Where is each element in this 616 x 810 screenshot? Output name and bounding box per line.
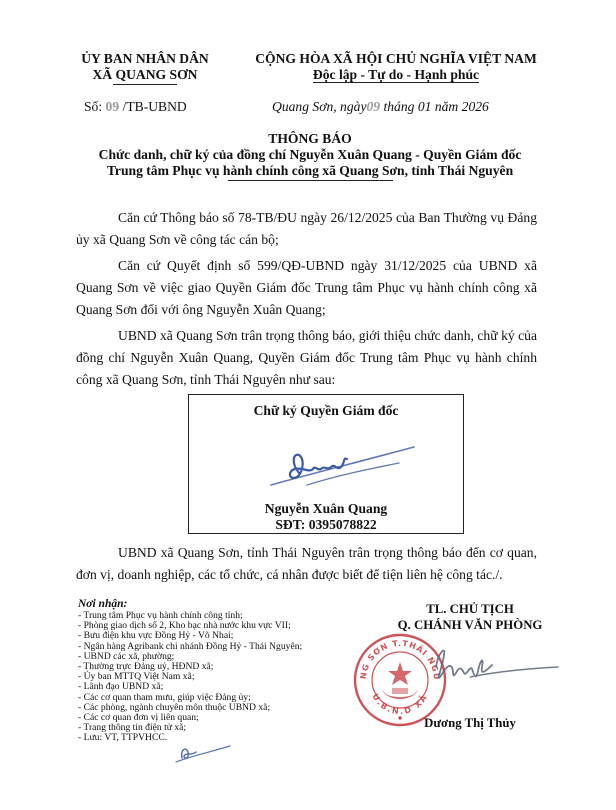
signature-box-name: Nguyễn Xuân Quang [189, 501, 463, 517]
title-line1: Chức danh, chữ ký của đồng chí Nguyễn Xu… [60, 147, 560, 163]
signer-signature-icon [430, 641, 560, 691]
signer-title2: Q. CHÁNH VĂN PHÒNG [380, 617, 560, 633]
nation-block: CỘNG HÒA XÃ HỘI CHỦ NGHĨA VIỆT NAM Độc l… [236, 51, 556, 83]
paragraph-basis-2: Căn cứ Quyết định số 599/QĐ-UBND ngày 31… [76, 255, 537, 321]
signer-title1: TL. CHỦ TỊCH [380, 601, 560, 617]
agency-line2: XÃ QUANG SƠN [60, 67, 230, 83]
date-day: 09 [366, 99, 380, 114]
signature-box-phone: SĐT: 0395078822 [189, 517, 463, 533]
agency-underline [113, 84, 177, 85]
doc-number-suffix: /TB-UBND [123, 99, 187, 114]
doc-number-value: 09 [106, 99, 120, 114]
nation-title: CỘNG HÒA XÃ HỘI CHỦ NGHĨA VIỆT NAM [236, 51, 556, 67]
paragraph-basis-1: Căn cứ Thông báo số 78-TB/ĐU ngày 26/12/… [76, 207, 537, 251]
body-paragraphs: Căn cứ Thông báo số 78-TB/ĐU ngày 26/12/… [76, 207, 537, 391]
motto: Độc lập - Tự do - Hạnh phúc [313, 67, 479, 83]
closing-text: UBND xã Quang Sơn, tỉnh Thái Nguyên trân… [76, 542, 537, 586]
agency-line1: ỦY BAN NHÂN DÂN [60, 51, 230, 67]
signature-box: Chữ ký Quyền Giám đốc Nguyễn Xuân Quang … [188, 394, 464, 534]
date-prefix: Quang Sơn, ngày [272, 99, 366, 114]
document-number: Số: 09 /TB-UBND [84, 99, 187, 115]
signature-box-title: Chữ ký Quyền Giám đốc [189, 403, 463, 419]
closing-paragraph: UBND xã Quang Sơn, tỉnh Thái Nguyên trân… [76, 542, 537, 586]
agency-block: ỦY BAN NHÂN DÂN XÃ QUANG SƠN [60, 51, 230, 85]
director-signature-icon [269, 433, 419, 493]
title-underline [228, 180, 393, 181]
signer-block: TL. CHỦ TỊCH Q. CHÁNH VĂN PHÒNG [380, 601, 560, 633]
date-suffix: tháng 01 năm 2026 [383, 99, 488, 114]
doc-number-prefix: Số: [84, 99, 102, 114]
recipients-list: Nơi nhận: - Trung tâm Phục vụ hành chính… [78, 598, 378, 744]
document-date: Quang Sơn, ngày09 tháng 01 năm 2026 [272, 99, 489, 115]
document-title: THÔNG BÁO Chức danh, chữ ký của đồng chí… [60, 131, 560, 181]
title-main: THÔNG BÁO [60, 131, 560, 147]
signer-name: Dương Thị Thủy [380, 716, 560, 731]
title-line2: Trung tâm Phục vụ hành chính công xã Qua… [60, 163, 560, 179]
paragraph-announcement: UBND xã Quang Sơn trân trọng thông báo, … [76, 325, 537, 391]
initial-signature-icon [172, 742, 232, 764]
svg-text:U.B.N.D XÃ: U.B.N.D XÃ [370, 692, 429, 717]
